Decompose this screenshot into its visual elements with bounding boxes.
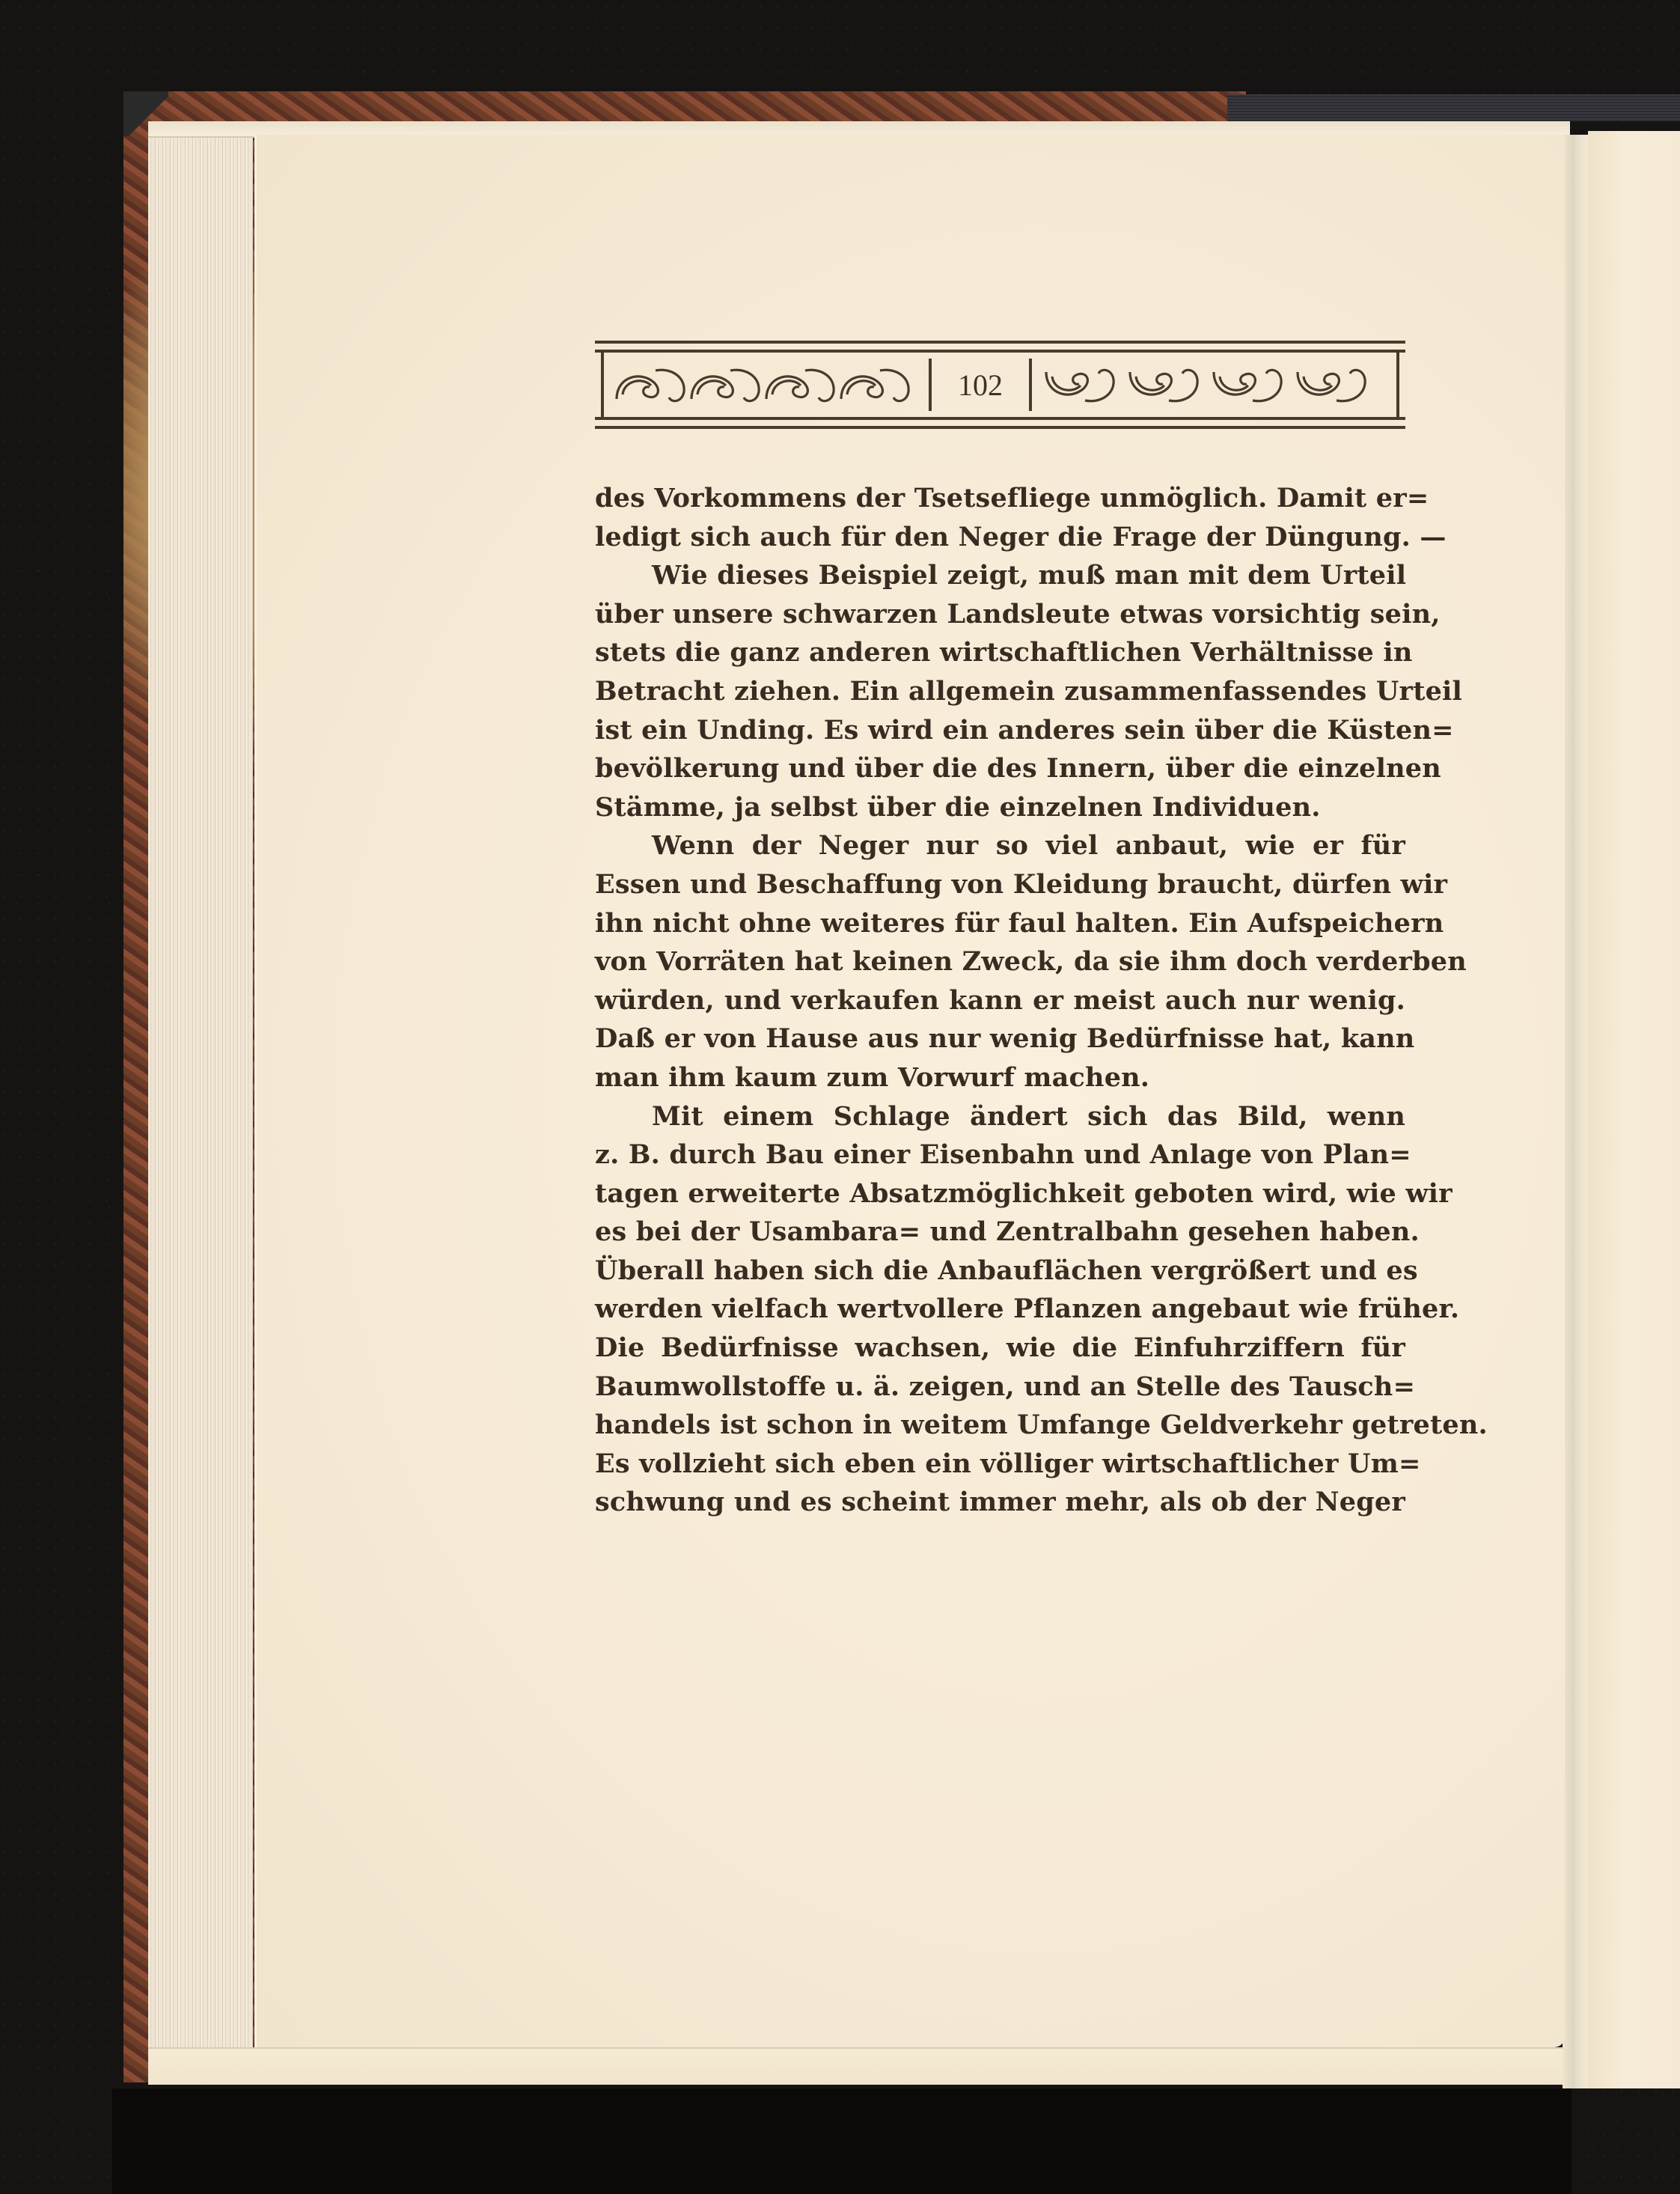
text-line: Betracht ziehen. Ein allgemein zusammenf…	[595, 672, 1405, 711]
text-line: Daß er von Hause aus nur wenig Bedürfnis…	[595, 1020, 1405, 1058]
facing-page-edge	[1588, 131, 1680, 2088]
book-gutter	[1563, 135, 1588, 2088]
scroll-ornament-right-icon	[1029, 359, 1393, 411]
text-line: tagen erweiterte Absatzmöglichkeit gebot…	[595, 1174, 1405, 1213]
body-text: des Vorkommens der Tsetsefliege unmöglic…	[595, 479, 1405, 1522]
book-spine-cloth	[1227, 94, 1680, 121]
text-line: Essen und Beschaffung von Kleidung brauc…	[595, 865, 1405, 904]
header-rule	[595, 341, 1405, 344]
shadow-under-book	[112, 2088, 1571, 2194]
scroll-ornament-left-icon	[607, 359, 932, 411]
page-stack-bottom-edge	[148, 2047, 1570, 2085]
text-line: man ihm kaum zum Vorwurf machen.	[595, 1058, 1405, 1097]
text-line: über unsere schwarzen Landsleute etwas v…	[595, 595, 1405, 634]
text-line: von Vorräten hat keinen Zweck, da sie ih…	[595, 942, 1405, 981]
page-number: 102	[932, 359, 1029, 411]
text-line: ledigt sich auch für den Neger die Frage…	[595, 518, 1405, 557]
text-line: stets die ganz anderen wirtschaftlichen …	[595, 633, 1405, 672]
header-side-rule	[1396, 350, 1399, 420]
header-rule	[595, 426, 1405, 429]
text-line: es bei der Usambara= und Zentralbahn ges…	[595, 1213, 1405, 1252]
text-line: werden vielfach wertvollere Pflanzen ang…	[595, 1290, 1405, 1329]
text-line: handels ist schon in weitem Umfange Geld…	[595, 1406, 1405, 1445]
text-line: ist ein Unding. Es wird ein anderes sein…	[595, 711, 1405, 750]
paragraph-start-line: Mit einem Schlage ändert sich das Bild, …	[595, 1097, 1405, 1136]
header-rule	[595, 417, 1405, 420]
text-line: bevölkerung und über die des Innern, übe…	[595, 749, 1405, 788]
text-line: würden, und verkaufen kann er meist auch…	[595, 981, 1405, 1020]
text-line: Stämme, ja selbst über die einzelnen Ind…	[595, 788, 1405, 827]
paragraph-start-line: Wenn der Neger nur so viel anbaut, wie e…	[595, 826, 1405, 865]
text-line: Überall haben sich die Anbauflächen verg…	[595, 1252, 1405, 1291]
page-stack-edge	[148, 121, 253, 2085]
text-line: schwung und es scheint immer mehr, als o…	[595, 1483, 1405, 1522]
paragraph-start-line: Wie dieses Beispiel zeigt, muß man mit d…	[595, 556, 1405, 595]
text-line: Baumwollstoffe u. ä. zeigen, und an Stel…	[595, 1368, 1405, 1407]
text-line: Die Bedürfnisse wachsen, wie die Einfuhr…	[595, 1329, 1405, 1368]
text-line: z. B. durch Bau einer Eisenbahn und Anla…	[595, 1136, 1405, 1174]
text-line: des Vorkommens der Tsetsefliege unmöglic…	[595, 479, 1405, 518]
text-line: Es vollzieht sich eben ein völliger wirt…	[595, 1445, 1405, 1484]
header-side-rule	[601, 350, 604, 420]
header-rule	[595, 350, 1405, 353]
running-head-ornament: 102	[595, 341, 1405, 429]
text-line: ihn nicht ohne weiteres für faul halten.…	[595, 904, 1405, 943]
